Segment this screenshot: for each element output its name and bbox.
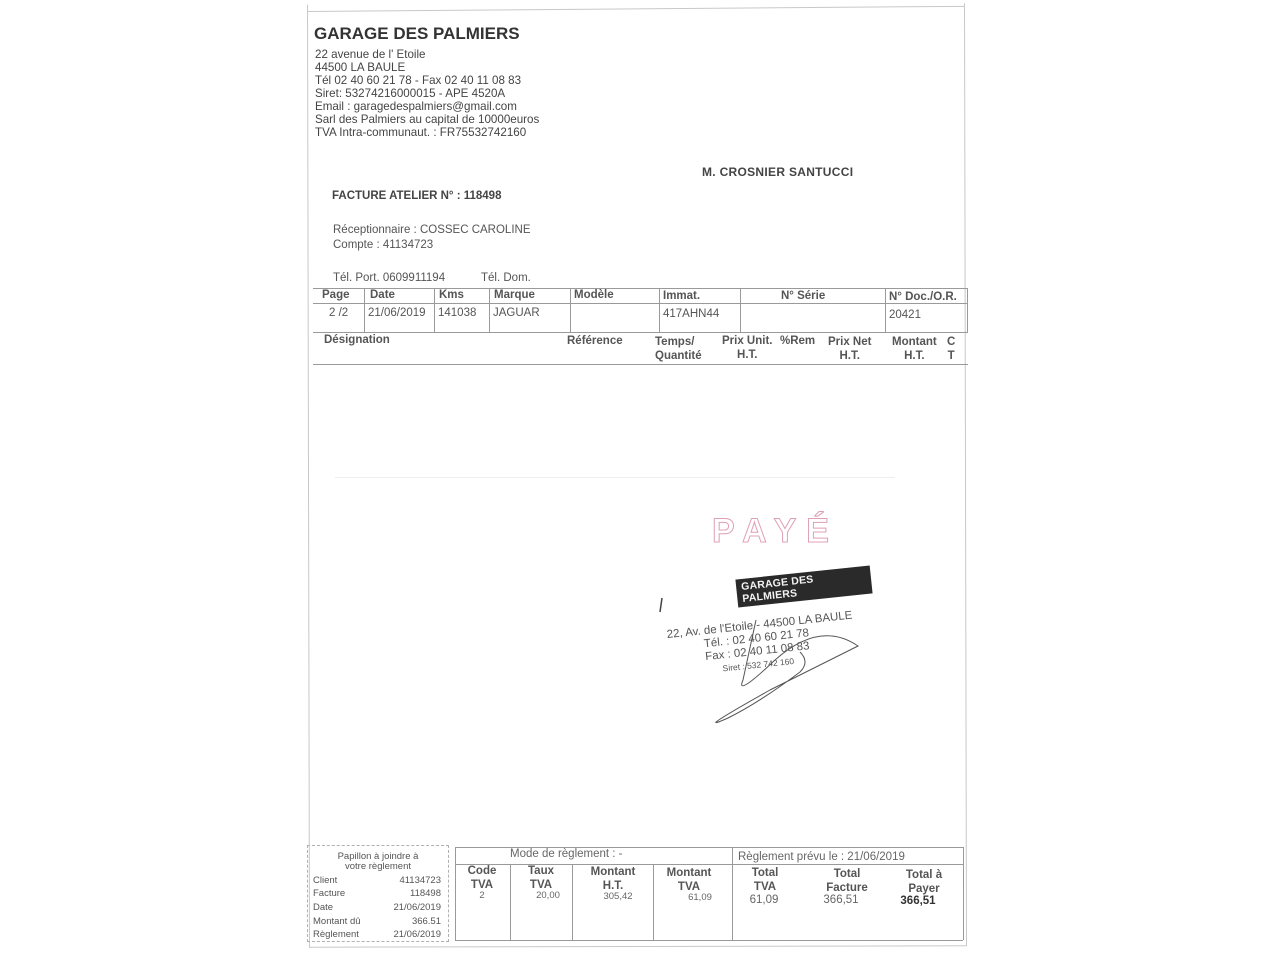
col-modele: Modèle xyxy=(574,289,614,303)
company-capital: Sarl des Palmiers au capital de 10000eur… xyxy=(315,113,539,126)
payment-mode: Mode de règlement : - xyxy=(510,848,623,860)
col-serie: N° Série xyxy=(781,290,825,304)
value-total-payer: 366,51 xyxy=(893,895,943,907)
col-discount: %Rem xyxy=(780,335,815,349)
invoice-title: FACTURE ATELIER N° : 118498 xyxy=(332,190,501,202)
account-number: Compte : 41134723 xyxy=(333,239,433,251)
payment-slip: Papillon à joindre à votre règlement Cli… xyxy=(307,845,449,942)
company-address-line1: 22 avenue de l' Etoile xyxy=(315,48,426,61)
mobile-phone: Tél. Port. 0609911194 xyxy=(333,272,445,284)
value-code-tva: 2 xyxy=(457,890,507,901)
col-marque: Marque xyxy=(494,289,535,303)
col-amount: Montant H.T. xyxy=(892,336,937,363)
col-total-payer: Total àPayer xyxy=(896,868,952,896)
col-total-facture: TotalFacture xyxy=(818,867,876,895)
col-net-price: Prix Net H.T. xyxy=(828,336,871,363)
col-date: Date xyxy=(370,289,395,303)
paid-stamp: PAYÉ xyxy=(712,512,839,551)
company-address-line2: 44500 LA BAULE xyxy=(315,61,405,74)
col-reference: Référence xyxy=(567,335,623,349)
col-taux-tva: TauxTVA xyxy=(512,864,570,892)
col-quantity: Temps/ Quantité xyxy=(655,336,702,363)
value-total-facture: 366,51 xyxy=(816,894,866,906)
cell-kms: 141038 xyxy=(438,307,476,319)
value-montant-ht: 305,42 xyxy=(588,891,648,902)
company-phone-fax: Tél 02 40 60 21 78 - Fax 02 40 11 08 83 xyxy=(315,74,521,87)
cell-date: 21/06/2019 xyxy=(368,307,426,319)
scan-artifact-line xyxy=(335,477,895,478)
cell-doc: 20421 xyxy=(889,309,921,321)
col-montant-tva: MontantTVA xyxy=(653,866,725,894)
value-taux-tva: 20,00 xyxy=(524,890,572,901)
cell-marque: JAGUAR xyxy=(493,307,540,319)
col-unit-price: Prix Unit. H.T. xyxy=(722,335,772,362)
home-phone: Tél. Dom. xyxy=(481,272,531,284)
payment-slip-subtitle: votre règlement xyxy=(308,861,448,872)
col-doc: N° Doc./O.R. xyxy=(889,291,957,305)
company-email: Email : garagedespalmiers@gmail.com xyxy=(315,100,517,113)
signature-icon xyxy=(650,590,870,730)
cell-immat: 417AHN44 xyxy=(663,308,719,320)
col-ct: C T xyxy=(947,336,955,363)
value-montant-tva: 61,09 xyxy=(670,892,730,903)
col-kms: Kms xyxy=(439,289,464,303)
receptionist: Réceptionnaire : COSSEC CAROLINE xyxy=(333,224,531,236)
planned-payment: Règlement prévu le : 21/06/2019 xyxy=(738,851,905,863)
col-immat: Immat. xyxy=(663,290,700,304)
company-tva: TVA Intra-communaut. : FR75532742160 xyxy=(315,126,526,139)
col-designation: Désignation xyxy=(324,334,390,348)
company-name: GARAGE DES PALMIERS xyxy=(314,24,520,44)
cell-page: 2 /2 xyxy=(329,307,348,319)
value-total-tva: 61,09 xyxy=(740,894,788,906)
col-code-tva: CodeTVA xyxy=(457,864,507,892)
invoice-page xyxy=(307,3,967,947)
col-page: Page xyxy=(322,289,350,303)
company-siret: Siret: 53274216000015 - APE 4520A xyxy=(315,87,505,100)
col-total-tva: TotalTVA xyxy=(740,866,790,894)
col-montant-ht: MontantH.T. xyxy=(574,865,652,893)
client-name: M. CROSNIER SANTUCCI xyxy=(702,165,853,179)
